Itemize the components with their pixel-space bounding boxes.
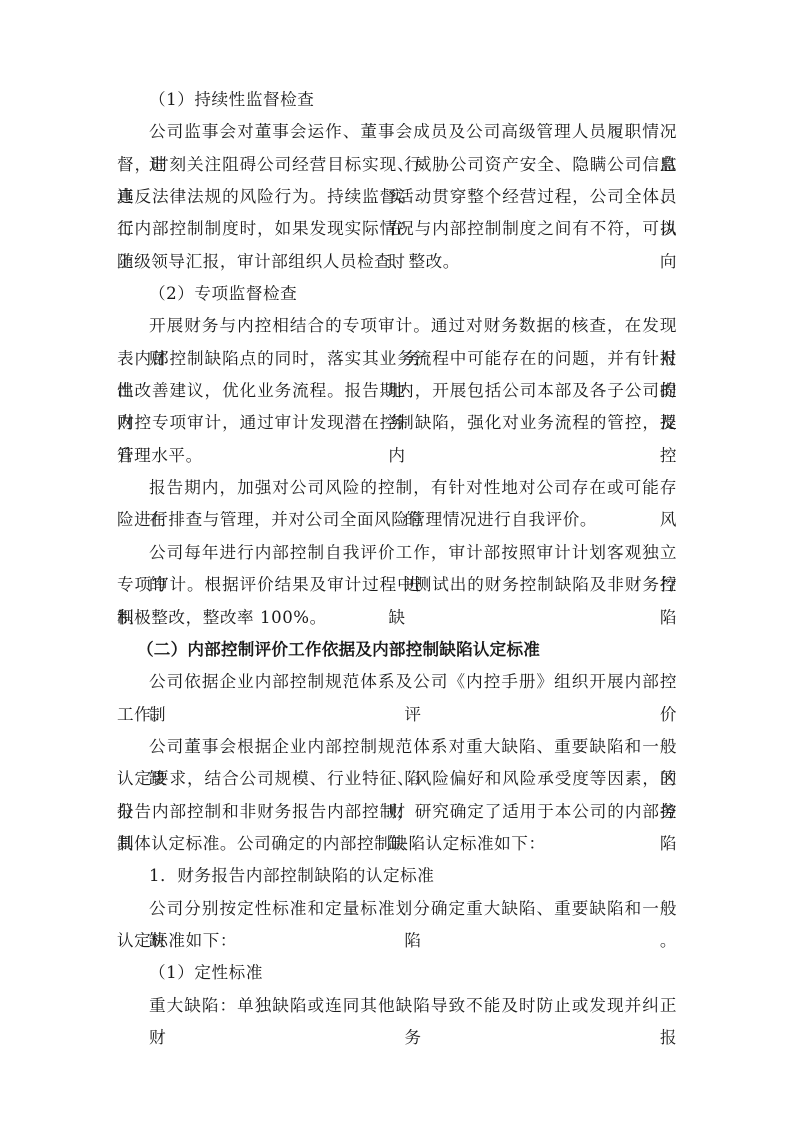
paragraph-line: 报告期内，加强对公司风险的控制，有针对性地对公司存在或可能存在的风: [117, 472, 677, 504]
document-page: （1）持续性监督检查 公司监事会对董事会运作、董事会成员及公司高级管理人员履职情…: [117, 84, 677, 1022]
paragraph-line: 险进行排查与管理，并对公司全面风险管理情况进行自我评价。: [117, 504, 677, 536]
paragraph-line: 开展财务与内控相结合的专项审计。通过对财务数据的核查，在发现财务报: [117, 310, 677, 342]
paragraph-line: 内控专项审计，通过审计发现潜在控制缺陷，强化对业务流程的管控，提升内控: [117, 407, 677, 439]
paragraph-line: 报告内部控制和非财务报告内部控制，研究确定了适用于本公司的内部控制缺陷: [117, 796, 677, 828]
subheading-continuous-supervision: （1）持续性监督检查: [117, 84, 677, 116]
paragraph-line: 公司依据企业内部控制规范体系及公司《内控手册》组织开展内部控制评价: [117, 666, 677, 698]
paragraph-line: 公司监事会对董事会运作、董事会成员及公司高级管理人员履职情况进行监: [117, 116, 677, 148]
paragraph-line: 认定要求，结合公司规模、行业特征、风险偏好和风险承受度等因素，区分财务: [117, 763, 677, 795]
subheading-financial-reporting-standards: 1．财务报告内部控制缺陷的认定标准: [117, 860, 677, 892]
paragraph-line: 行内部控制制度时，如果发现实际情况与内部控制制度之间有不符，可以随时向: [117, 213, 677, 245]
paragraph-line: 违反法律法规的风险行为。持续监督活动贯穿整个经营过程，公司全体员工在执: [117, 181, 677, 213]
paragraph-line: 出改善建议，优化业务流程。报告期内，开展包括公司本部及各子公司的财务及: [117, 375, 677, 407]
section-heading: （二）内部控制评价工作依据及内部控制缺陷认定标准: [117, 634, 677, 666]
subheading-special-supervision: （2）专项监督检查: [117, 278, 677, 310]
paragraph-line: 公司董事会根据企业内部控制规范体系对重大缺陷、重要缺陷和一般缺陷的: [117, 731, 677, 763]
paragraph-line: 重大缺陷：单独缺陷或连同其他缺陷导致不能及时防止或发现并纠正财务报: [117, 990, 677, 1022]
paragraph-line: 督，时刻关注阻碍公司经营目标实现、威胁公司资产安全、隐瞒公司信息真实、: [117, 149, 677, 181]
paragraph-line: 专项审计。根据评价结果及审计过程中测试出的财务控制缺陷及非财务控制缺陷: [117, 569, 677, 601]
paragraph-line: 公司每年进行内部控制自我评价工作，审计部按照审计计划客观独立的进行: [117, 537, 677, 569]
subheading-qualitative-standards: （1）定性标准: [117, 957, 677, 989]
paragraph-line: 表内部控制缺陷点的同时，落实其业务流程中可能存在的问题，并有针对性地提: [117, 343, 677, 375]
paragraph-line: 公司分别按定性标准和定量标准划分确定重大缺陷、重要缺陷和一般缺陷。: [117, 893, 677, 925]
